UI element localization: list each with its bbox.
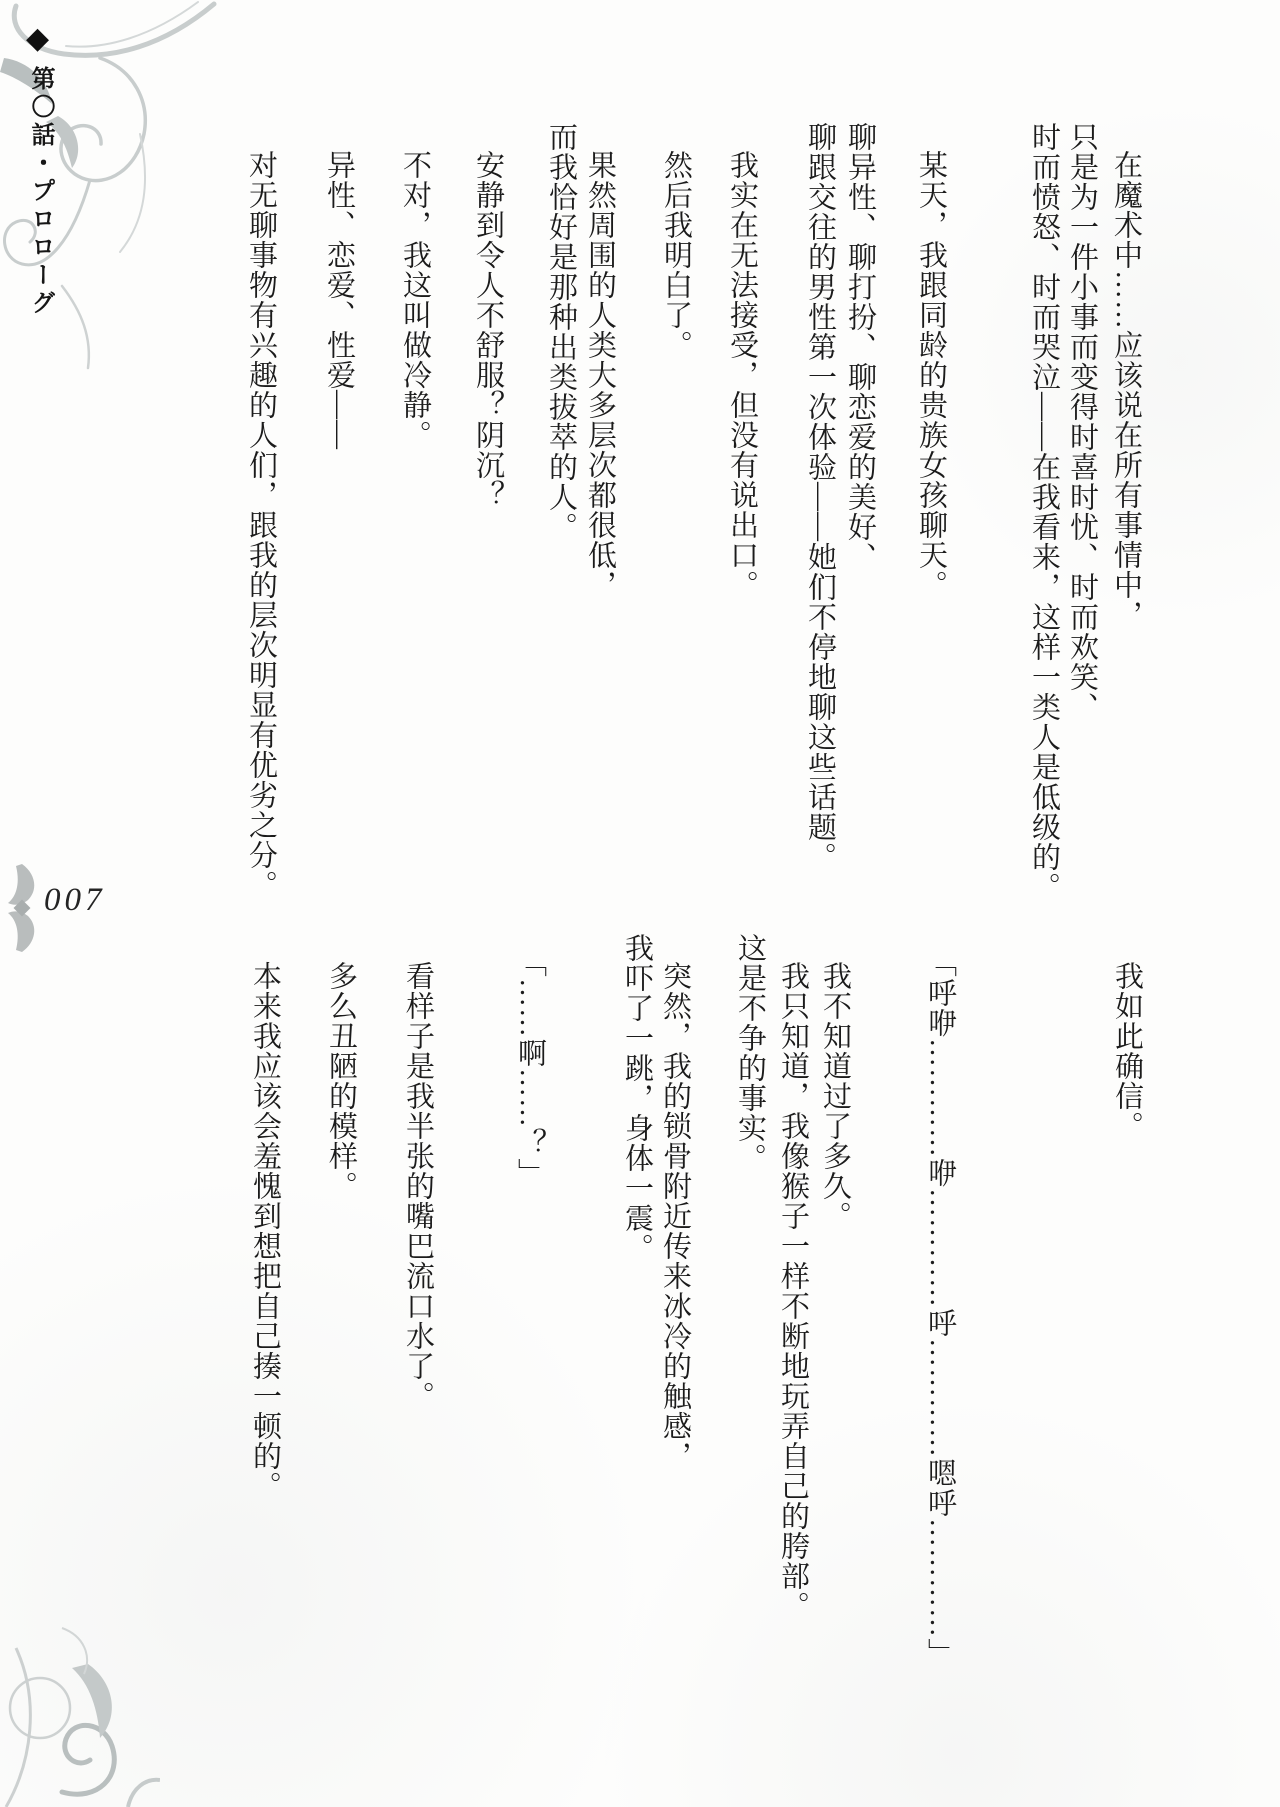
text-line: 对无聊事物有兴趣的人们，跟我的层次明显有优劣之分。 <box>246 150 276 900</box>
text-line: 我只知道，我像猴子一样不断地玩弄自己的胯部。 <box>778 961 808 1621</box>
text-line: 聊跟交往的男性第一次体验——她们不停地聊这些话题。 <box>805 122 835 872</box>
flourish-bottom-left <box>0 1620 160 1807</box>
text-line: 时而愤怒、时而哭泣——在我看来，这样一类人是低级的。 <box>1029 122 1059 902</box>
text-line: 只是为一件小事而变得时喜时忧、时而欢笑、 <box>1067 122 1097 722</box>
text-line: 我如此确信。 <box>1112 961 1142 1141</box>
text-line: 突然，我的锁骨附近传来冰冷的触感， <box>660 961 690 1471</box>
text-line: 「呼咿…………咿…………呼…………嗯呼…………」 <box>925 948 955 1668</box>
diamond-icon: ◆ <box>26 24 49 54</box>
text-line: 多么丑陋的模样。 <box>326 961 356 1201</box>
book-page: ◆ 第〇話・プロローグ 007 在魔术中……应该说在所有事情中，只是为一件小事而… <box>0 0 1280 1807</box>
text-line: 「……啊……？」 <box>515 948 545 1188</box>
text-line: 果然周围的人类大多层次都很低， <box>585 150 615 600</box>
text-line: 我吓了一跳，身体一震。 <box>622 933 652 1263</box>
text-line: 在魔术中……应该说在所有事情中， <box>1111 150 1141 630</box>
text-line: 看样子是我半张的嘴巴流口水了。 <box>403 961 433 1411</box>
text-line: 不对，我这叫做冷静。 <box>400 150 430 450</box>
text-line: 聊异性、聊打扮、聊恋爱的美好、 <box>845 122 875 572</box>
text-line: 异性、恋爱、性爱—— <box>324 150 354 450</box>
text-line: 而我恰好是那种出类拔萃的人。 <box>546 122 576 542</box>
chapter-title: 第〇話・プロローグ <box>23 66 58 318</box>
text-line: 这是不争的事实。 <box>735 933 765 1173</box>
text-line: 我实在无法接受，但没有说出口。 <box>727 150 757 600</box>
text-line: 然后我明白了。 <box>661 150 691 360</box>
page-number-ornament <box>4 862 40 954</box>
text-line: 某天，我跟同龄的贵族女孩聊天。 <box>916 150 946 600</box>
text-line: 我不知道过了多久。 <box>820 961 850 1231</box>
page-number: 007 <box>44 882 106 919</box>
text-line: 安静到令人不舒服？阴沉？ <box>473 150 503 510</box>
text-line: 本来我应该会羞愧到想把自己揍一顿的。 <box>250 961 280 1501</box>
